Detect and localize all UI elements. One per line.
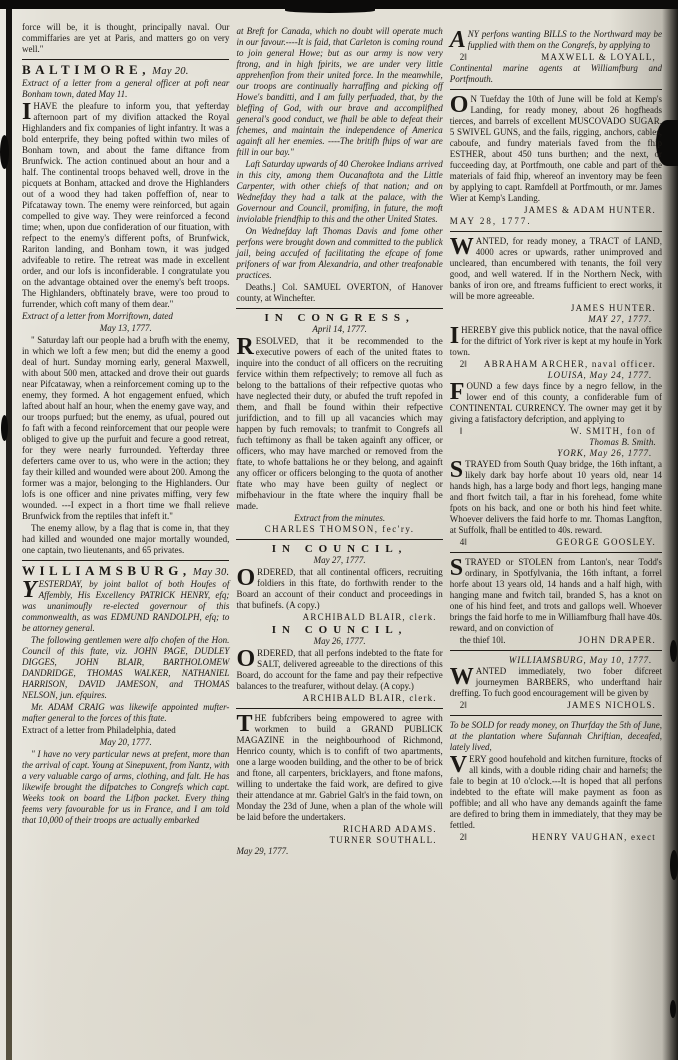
drop-cap: I [450, 325, 461, 346]
paragraph: Deaths.] Col. SAMUEL OVERTON, of Hanover… [236, 282, 442, 304]
reference-line: the thief 10l.JOHN DRAPER. [450, 635, 662, 646]
paragraph-text: NY perfons wanting BILLS to the Northwar… [468, 29, 662, 50]
paragraph-text: ANTED, for ready money, a TRACT of LAND,… [450, 236, 662, 301]
paragraph: STRAYED or STOLEN from Lanton's, near To… [450, 557, 662, 634]
signature-line: ARCHIBALD BLAIR, clerk. [236, 612, 442, 623]
column-left: force will be, it is thought, principall… [22, 22, 229, 858]
paragraph-text: ESOLVED, that it be recommended to the e… [236, 336, 442, 511]
paragraph: Extract of a letter from Morriftown, dat… [22, 311, 229, 322]
date-line: April 14, 1777. [236, 324, 442, 335]
section-divider [450, 89, 662, 90]
section-divider [236, 308, 442, 309]
section-heading: BALTIMORE, May 20. [22, 64, 229, 77]
reference-text: GEORGE GOOSLEY. [556, 537, 662, 548]
reference-line: 2‖ABRAHAM ARCHER, naval officer. [450, 359, 662, 370]
paragraph-text: TRAYED or STOLEN from Lanton's, near Tod… [450, 557, 662, 633]
date-line: WILLIAMSBURG, May 10, 1777. [450, 655, 662, 666]
printer-mark: 2‖ [450, 700, 467, 711]
reference-text: HENRY VAUGHAN, exect [532, 832, 662, 843]
centered-heading: IN COUNCIL, [236, 625, 442, 636]
drop-cap: S [450, 557, 465, 578]
reference-text: ABRAHAM ARCHER, naval officer. [484, 359, 662, 370]
drop-cap: W [450, 666, 476, 687]
paragraph: VERY good houfehold and kitchen furnitur… [450, 754, 662, 831]
paragraph-text: HEREBY give this publick notice, that th… [450, 325, 662, 357]
section-divider [22, 59, 229, 60]
ink-blot [0, 135, 9, 169]
page-top-edge-shadow [0, 0, 678, 9]
drop-cap: I [22, 101, 33, 122]
column-right: ANY perfons wanting BILLS to the Northwa… [450, 22, 662, 858]
paragraph: FOUND a few days fince by a negro fellow… [450, 381, 662, 425]
column-middle: at Breft for Canada, which no doubt will… [236, 22, 442, 858]
date-line: May 27, 1777. [236, 555, 442, 566]
drop-cap: A [450, 29, 468, 50]
paragraph: IHAVE the pleafure to inform you, that y… [22, 101, 229, 310]
page-right-edge-shadow [662, 9, 678, 1060]
paragraph-text: TRAYED from South Quay bridge, the 16th … [450, 459, 662, 535]
heading-city: WILLIAMSBURG, [22, 563, 191, 578]
ink-blot [670, 640, 677, 662]
heading-city: BALTIMORE, [22, 62, 150, 77]
paragraph: YESTERDAY, by joint ballot of both Houfe… [22, 579, 229, 634]
paragraph: force will be, it is thought, principall… [22, 22, 229, 55]
centered-line: Extract from the minutes. [236, 513, 442, 524]
reference-text: MAXWELL & LOYALL, [541, 52, 662, 63]
paragraph: RESOLVED, that it be recommended to the … [236, 336, 442, 512]
printer-mark: 4‖ [450, 537, 467, 548]
paragraph: On Wednefday laft Thomas Davis and fome … [236, 226, 442, 281]
section-divider [236, 539, 442, 540]
centered-heading: IN CONGRESS, [236, 313, 442, 324]
drop-cap: O [236, 648, 257, 669]
date-line: May 13, 1777. [22, 323, 229, 334]
drop-cap: V [450, 754, 469, 775]
signature-line: ARCHIBALD BLAIR, clerk. [236, 693, 442, 704]
date-line: May 20, 1777. [22, 737, 229, 748]
paragraph-text: RDERED, that all perfons indebted to the… [236, 648, 442, 691]
drop-cap: O [236, 567, 257, 588]
section-divider [450, 552, 662, 553]
paragraph: May 29, 1777. [236, 846, 442, 857]
date-line: YORK, May 26, 1777. [450, 448, 662, 459]
paragraph: at Breft for Canada, which no doubt will… [236, 26, 442, 158]
heading-date: May 20. [152, 66, 189, 77]
section-divider [450, 650, 662, 651]
ink-blot [670, 850, 678, 880]
heading-date: May 30. [193, 567, 230, 578]
paragraph-text: RDERED, that all continental officers, r… [236, 567, 442, 610]
reference-text: JAMES NICHOLS. [567, 700, 662, 711]
reference-text: W. SMITH, fon of [570, 426, 662, 437]
paragraph: Mr. ADAM CRAIG was likewife appointed mu… [22, 702, 229, 724]
paragraph: The enemy allow, by a flag that is come … [22, 523, 229, 556]
paragraph-text: HAVE the pleafure to inform you, that ye… [22, 101, 229, 309]
section-divider [450, 715, 662, 716]
paragraph: ON Tuefday the 10th of June will be fold… [450, 94, 662, 204]
date-line: MAY 28, 1777. [450, 216, 662, 227]
reference-line: 2‖JAMES NICHOLS. [450, 700, 662, 711]
date-line: May 26, 1777. [236, 636, 442, 647]
paragraph: ORDERED, that all perfons indebted to th… [236, 648, 442, 692]
paragraph: To be SOLD for ready money, on Thurfday … [450, 720, 662, 753]
signature-line: Thomas B. Smith. [450, 437, 662, 448]
paragraph: The following gentlemen were alfo chofen… [22, 635, 229, 701]
signature-line: JAMES & ADAM HUNTER. [450, 205, 662, 216]
paragraph-text: ESTERDAY, by joint ballot of both Houfes… [22, 579, 229, 633]
ink-blot [1, 415, 8, 441]
signature-line: JAMES HUNTER. [450, 303, 662, 314]
paragraph-text: N Tuefday the 10th of June will be fold … [450, 94, 662, 203]
ink-blot [670, 1000, 676, 1018]
paragraph-text: ANTED immediately, two fober difcreet jo… [450, 666, 662, 698]
paragraph: Laft Saturday upwards of 40 Cherokee Ind… [236, 159, 442, 225]
section-divider [236, 708, 442, 709]
section-divider [450, 231, 662, 232]
reference-line: ‖W. SMITH, fon of [450, 426, 662, 437]
drop-cap: Y [22, 579, 39, 600]
paragraph: ANY perfons wanting BILLS to the Northwa… [450, 29, 662, 51]
signature-line: TURNER SOUTHALL. [236, 835, 442, 846]
date-line: MAY 27, 1777. [450, 314, 662, 325]
signature-line: RICHARD ADAMS. [236, 824, 442, 835]
reference-line: 2‖MAXWELL & LOYALL, [450, 52, 662, 63]
paragraph-text: HE fubfcribers being empowered to agree … [236, 713, 442, 822]
printer-mark: 2‖ [450, 832, 467, 843]
drop-cap: S [450, 459, 465, 480]
paragraph: THE fubfcribers being empowered to agree… [236, 713, 442, 823]
drop-cap: O [450, 94, 471, 115]
paragraph-text: OUND a few days fince by a negro fellow,… [450, 381, 662, 424]
paragraph-text: ERY good houfehold and kitchen furniture… [450, 754, 662, 830]
paragraph: WANTED immediately, two fober difcreet j… [450, 666, 662, 699]
printer-mark: 2‖ [450, 52, 467, 63]
printer-mark: 2‖ [450, 359, 467, 370]
paragraph: IHEREBY give this publick notice, that t… [450, 325, 662, 358]
centered-line: CHARLES THOMSON, fec'ry. [236, 524, 442, 535]
date-line: LOUISA, May 24, 1777. [450, 370, 662, 381]
paragraph: STRAYED from South Quay bridge, the 16th… [450, 459, 662, 536]
reference-text: JOHN DRAPER. [579, 635, 662, 646]
drop-cap: F [450, 381, 467, 402]
drop-cap: T [236, 713, 254, 734]
paragraph: Continental marine agents at Williamfbur… [450, 63, 662, 85]
drop-cap: R [236, 336, 255, 357]
section-heading: WILLIAMSBURG, May 30. [22, 565, 229, 578]
page-left-edge-shadow [6, 9, 12, 1060]
reference-line: 4‖GEORGE GOOSLEY. [450, 537, 662, 548]
drop-cap: W [450, 236, 476, 257]
paragraph: WANTED, for ready money, a TRACT of LAND… [450, 236, 662, 302]
printer-mark: the thief 10l. [450, 635, 506, 646]
paragraph: Extract of a letter from a general offic… [22, 78, 229, 100]
section-divider [22, 560, 229, 561]
paragraph: ORDERED, that all continental officers, … [236, 567, 442, 611]
newspaper-page: force will be, it is thought, principall… [0, 0, 678, 1060]
paragraph: " I have no very particular news at pref… [22, 749, 229, 826]
reference-line: 2‖HENRY VAUGHAN, exect [450, 832, 662, 843]
paragraph: Extract of a letter from Philadelphia, d… [22, 725, 229, 736]
text-columns: force will be, it is thought, principall… [22, 22, 662, 858]
centered-heading: IN COUNCIL, [236, 544, 442, 555]
printer-mark: ‖ [450, 426, 463, 437]
paragraph: " Saturday laft our people had a brufh w… [22, 335, 229, 522]
